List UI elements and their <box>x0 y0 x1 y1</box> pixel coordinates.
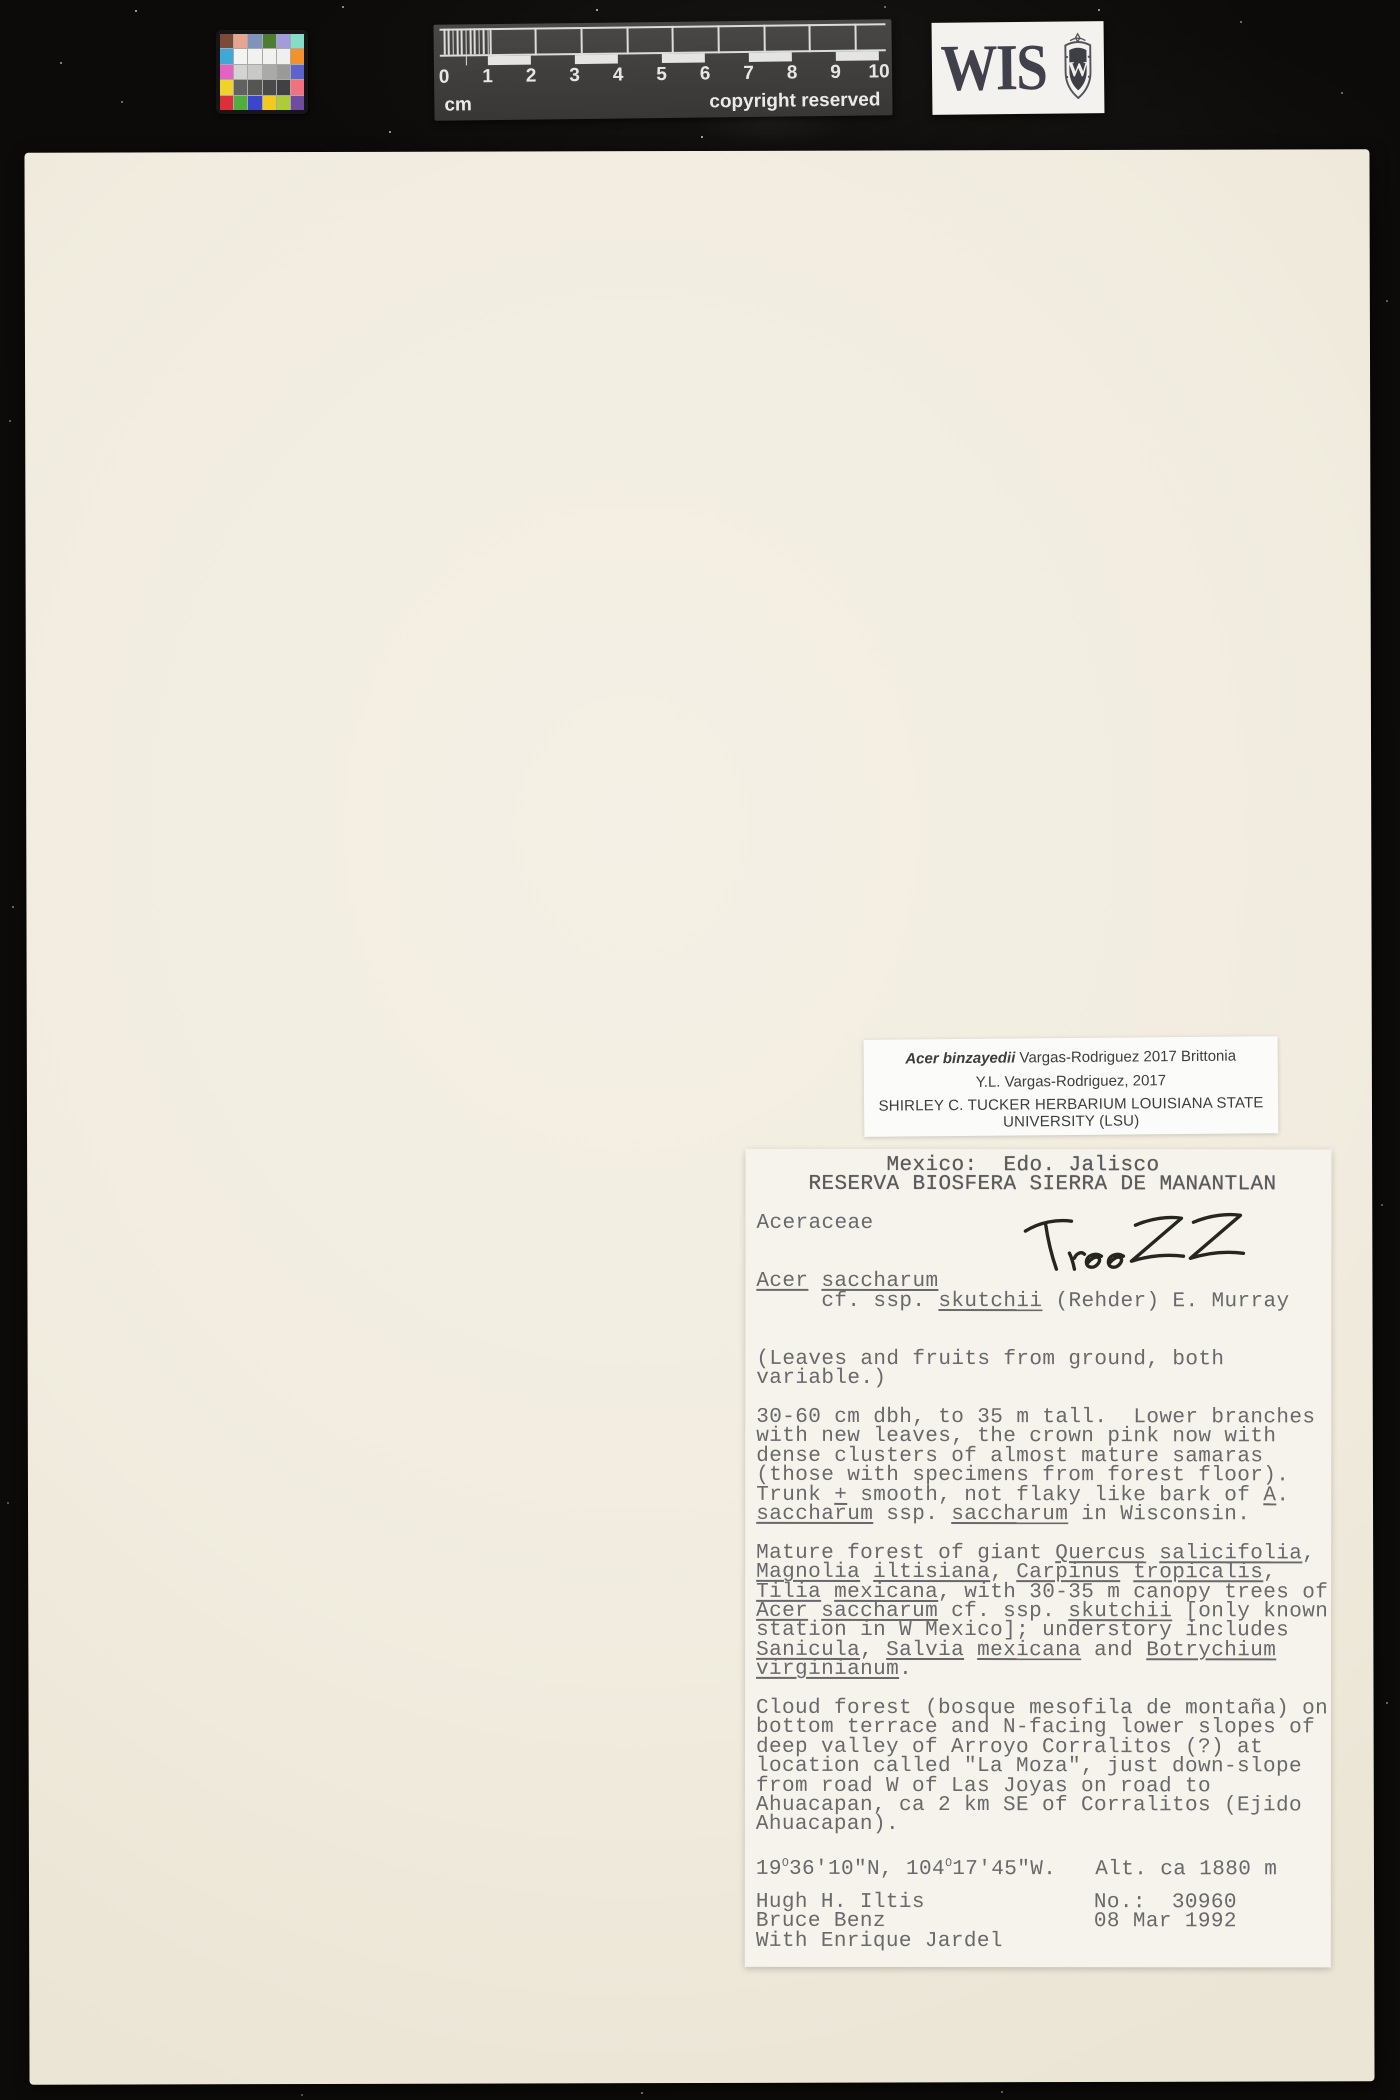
collection-label: Mexico: Edo. Jalisco RESERVA BIOSFERA SI… <box>745 1149 1332 1968</box>
color-patch <box>248 34 261 48</box>
scale-top-line <box>439 23 885 30</box>
label-text: cf. ssp. <box>756 1290 938 1313</box>
label-text: With Enrique Jardel <box>756 1929 1003 1952</box>
annotation-taxon-name: Acer binzayedii <box>905 1050 1015 1068</box>
color-patch <box>263 49 276 63</box>
scale-unit-label: cm <box>444 94 472 116</box>
cm-block-separator <box>580 27 582 55</box>
cm-block-separator <box>626 26 628 54</box>
annotation-determination-line: Acer binzayedii Vargas-Rodriguez 2017 Br… <box>864 1047 1278 1068</box>
scale-number: 5 <box>656 64 667 86</box>
color-patch <box>277 65 290 79</box>
color-patch <box>234 65 247 79</box>
wis-herbarium-label: WIS W <box>932 21 1105 115</box>
underlined-text: Botrychium <box>1146 1639 1276 1662</box>
label-text: . <box>1276 1484 1289 1507</box>
scale-white-segment <box>748 52 792 62</box>
underlined-text: saccharum <box>951 1503 1068 1526</box>
color-patch <box>277 96 290 110</box>
label-line: variable.) <box>756 1369 1331 1389</box>
scale-number: 3 <box>569 65 580 87</box>
crest-monogram: W <box>1067 57 1088 81</box>
label-line: Ahuacapan). <box>756 1815 1331 1835</box>
label-text: Ahuacapan). <box>756 1813 899 1836</box>
mm-tick <box>461 28 463 54</box>
color-patch <box>234 49 247 63</box>
scale-number: 4 <box>613 64 624 86</box>
scale-copyright-label: copyright reserved <box>709 89 880 113</box>
cm-block-separator <box>489 28 491 56</box>
label-text <box>964 1639 977 1662</box>
photo-background: cm copyright reserved 012345678910 WIS W… <box>0 0 1400 2100</box>
underlined-text: virginianum <box>756 1658 899 1681</box>
mm-tick <box>457 29 459 55</box>
annotation-determiner-line: Y.L. Vargas-Rodriguez, 2017 <box>864 1071 1278 1092</box>
tree-zz-handwriting <box>1017 1207 1255 1275</box>
dust-specks <box>0 0 2 2</box>
scale-white-segment <box>661 53 705 63</box>
label-text: , <box>1302 1542 1315 1565</box>
label-line <box>756 1311 1331 1331</box>
annotation-herbarium-line-2: UNIVERSITY (LSU) <box>864 1111 1278 1132</box>
label-text: variable.) <box>756 1367 886 1390</box>
color-patch <box>234 96 247 110</box>
scale-number: 1 <box>482 66 493 88</box>
annotation-label: Acer binzayedii Vargas-Rodriguez 2017 Br… <box>864 1036 1279 1137</box>
color-patch <box>220 96 233 110</box>
mm-tick <box>478 28 480 54</box>
label-text: 36'10"N, 104 <box>789 1858 945 1881</box>
mm-tick <box>483 28 485 54</box>
color-patch <box>263 34 276 48</box>
label-line <box>756 1835 1331 1855</box>
label-line: RESERVA BIOSFERA SIERRA DE MANANTLAN <box>756 1175 1331 1195</box>
label-text: RESERVA BIOSFERA SIERRA DE MANANTLAN <box>756 1173 1276 1196</box>
color-patch <box>291 96 304 110</box>
scale-number: 10 <box>868 61 889 83</box>
annotation-authority: Vargas-Rodriguez 2017 Brittonia <box>1015 1048 1236 1067</box>
mm-tick <box>465 28 467 54</box>
cm-block-separator <box>763 25 765 53</box>
color-calibration-chart <box>216 30 308 114</box>
mm-tick <box>474 28 476 54</box>
scale-number: 8 <box>787 62 798 84</box>
color-patch <box>291 34 304 48</box>
herbarium-sheet: Acer binzayedii Vargas-Rodriguez 2017 Br… <box>24 149 1374 2085</box>
scale-white-segment <box>574 55 618 65</box>
color-patch <box>248 49 261 63</box>
label-line: virginianum. <box>756 1660 1331 1680</box>
label-text: ssp. <box>873 1503 951 1526</box>
label-text: and <box>1081 1639 1146 1662</box>
label-text: 17'45"W. Alt. ca 1880 m <box>952 1858 1277 1881</box>
label-text: . <box>899 1658 912 1681</box>
cm-block-separator <box>855 24 857 52</box>
half-cm-tick <box>466 56 468 65</box>
label-line: With Enrique Jardel <box>756 1931 1331 1951</box>
scale-white-segment <box>835 51 879 61</box>
scale-number: 6 <box>700 63 711 85</box>
cm-block-separator <box>718 25 720 53</box>
cm-block-separator <box>535 28 537 56</box>
underlined-text: saccharum <box>756 1503 873 1526</box>
label-line: cf. ssp. skutchii (Rehder) E. Murray <box>756 1292 1331 1312</box>
scale-number: 2 <box>526 66 537 88</box>
scale-number: 7 <box>743 63 754 85</box>
color-patch <box>234 80 247 94</box>
color-patch <box>291 80 304 94</box>
color-patch <box>220 49 233 63</box>
scale-number: 9 <box>830 62 841 84</box>
color-patch <box>263 96 276 110</box>
color-patch <box>220 34 233 48</box>
mm-tick <box>448 29 450 55</box>
label-text: (Rehder) E. Murray <box>1042 1290 1289 1313</box>
cm-block-separator <box>809 24 811 52</box>
wis-logo-text: WIS <box>940 35 1046 102</box>
mm-tick <box>443 29 445 55</box>
cm-block-separator <box>672 26 674 54</box>
color-patch <box>220 65 233 79</box>
scale-number: 0 <box>439 67 450 89</box>
color-patch <box>291 65 304 79</box>
cm-scale-bar: cm copyright reserved 012345678910 <box>433 19 892 121</box>
underlined-text: skutchii <box>938 1290 1042 1313</box>
label-line: saccharum ssp. saccharum in Wisconsin. <box>756 1505 1331 1525</box>
mm-tick <box>470 28 472 54</box>
color-patch <box>234 34 247 48</box>
color-chart-grid <box>220 34 304 110</box>
mm-tick <box>452 29 454 55</box>
color-patch <box>248 80 261 94</box>
university-crest-icon: W <box>1055 31 1100 103</box>
label-text: in Wisconsin. <box>1068 1503 1250 1526</box>
color-patch <box>277 34 290 48</box>
label-line: 19O36'10"N, 104O17'45"W. Alt. ca 1880 m <box>756 1854 1331 1874</box>
color-patch <box>291 49 304 63</box>
color-patch <box>248 65 261 79</box>
underlined-text: A <box>1263 1484 1276 1507</box>
label-text: Aceraceae <box>756 1212 873 1235</box>
underlined-text: mexicana <box>977 1639 1081 1662</box>
color-patch <box>248 96 261 110</box>
color-patch <box>263 80 276 94</box>
color-patch <box>277 49 290 63</box>
scale-white-segment <box>487 56 531 66</box>
color-patch <box>277 80 290 94</box>
color-patch <box>263 65 276 79</box>
color-patch <box>220 80 233 94</box>
